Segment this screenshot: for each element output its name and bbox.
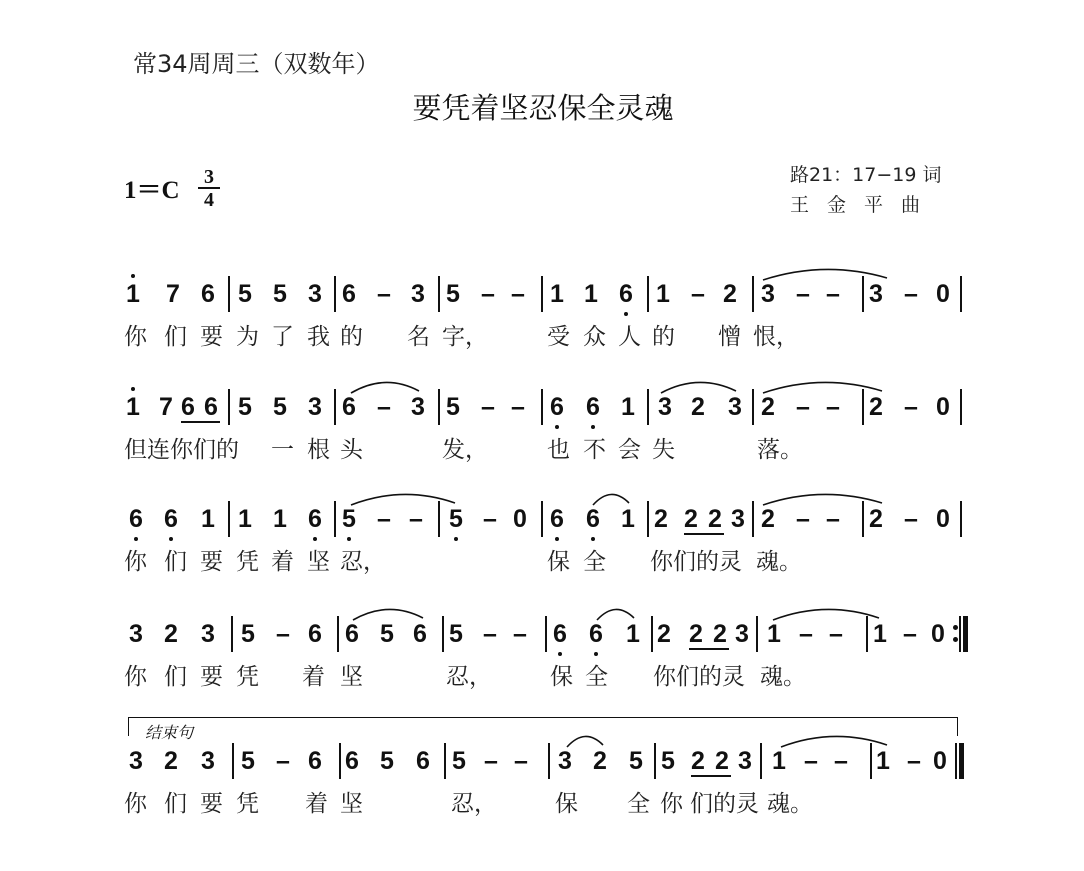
lyric: 也 [547,431,570,464]
barline [339,743,341,779]
note: 6 [547,505,567,534]
note: – [823,280,843,309]
note: 6 [342,747,362,776]
note: 2 [651,505,671,534]
note: 1 [873,747,893,776]
lyric: 保 [555,785,578,818]
note: 3 [866,280,886,309]
note: 6 [339,280,359,309]
score-row: 3235–66565––32552231––1–0你们要凭着坚忍，保全你们的灵魂… [0,747,1084,837]
note: 5 [443,280,463,309]
note: – [480,505,500,534]
lyric: 不 [583,431,606,464]
barline [752,501,754,537]
lyric: 着 [271,543,294,576]
lyric: 恨， [753,318,799,351]
note: – [901,393,921,422]
lyric: 们 [164,318,187,351]
lyric: 忍， [451,785,497,818]
octave-down-dot [347,537,351,541]
note: 2 [866,393,886,422]
barline [438,276,440,312]
barline [647,389,649,425]
barline [651,616,653,652]
note: 6 [339,393,359,422]
octave-down-dot [555,425,559,429]
note: 0 [933,505,953,534]
note: 6 [616,280,636,309]
note: – [478,393,498,422]
note: 3 [198,620,218,649]
note: – [478,280,498,309]
lyric: 魂。 [756,543,802,576]
octave-down-dot [591,537,595,541]
lyric: 了 [271,318,294,351]
note: 3 [126,747,146,776]
note: 3 [655,393,675,422]
note: 7 [156,393,176,422]
slur [762,491,883,507]
note: – [796,620,816,649]
lyric: 失 [652,431,675,464]
note: 1 [270,505,290,534]
lyric: 要 [200,318,223,351]
final-barline-thick [959,743,964,779]
final-barline-thin [955,743,957,779]
lyric: 要 [200,543,223,576]
lyric: 的 [340,318,363,351]
barline [548,743,550,779]
barline [647,501,649,537]
note: 3 [198,747,218,776]
note: 6 [550,620,570,649]
octave-down-dot [134,537,138,541]
note: 2 [710,620,730,649]
note: – [374,393,394,422]
note: 1 [123,280,143,309]
barline [960,276,962,312]
note: – [374,280,394,309]
barline [337,616,339,652]
barline [752,389,754,425]
score-row: 3235–66565––66122231––1–0你们要凭着坚忍，保全你们的灵魂… [0,620,1084,710]
barline [231,616,233,652]
barline [228,276,230,312]
note: 1 [618,505,638,534]
note: – [793,393,813,422]
note: 3 [735,747,755,776]
repeat-barline-thin [959,616,961,652]
note: 3 [555,747,575,776]
barline [541,501,543,537]
note: – [511,747,531,776]
lyric: 你 [124,318,147,351]
key-signature: 1＝C [124,170,180,206]
note: 3 [305,393,325,422]
note: 0 [933,280,953,309]
note: 6 [583,505,603,534]
note: – [831,747,851,776]
note: 6 [161,505,181,534]
repeat-dots [953,623,958,643]
note: 1 [764,620,784,649]
barline [541,276,543,312]
octave-down-dot [624,312,628,316]
note: 3 [126,620,146,649]
note: 1 [623,620,643,649]
note: 2 [686,620,706,649]
lyric: 魂。 [760,658,806,691]
lyric: 的 [652,318,675,351]
slur [350,379,420,395]
note: 0 [933,393,953,422]
note: – [406,505,426,534]
note: 6 [413,747,433,776]
note: 6 [126,505,146,534]
note: – [273,620,293,649]
lyric: 落。 [757,431,803,464]
lyric: 着 [305,785,328,818]
lyric: 头 [340,431,363,464]
lyric: 全 [583,543,606,576]
note: 6 [305,620,325,649]
note: 6 [547,393,567,422]
time-numerator: 3 [198,168,220,186]
note: 5 [449,747,469,776]
note: 1 [618,393,638,422]
note: 1 [581,280,601,309]
lyric: 坚 [340,785,363,818]
note: 5 [339,505,359,534]
lyric: 你们的灵 [650,543,742,576]
note: 5 [658,747,678,776]
lyric: 全 [627,785,650,818]
note: 6 [583,393,603,422]
lyric: 凭 [236,785,259,818]
octave-down-dot [594,652,598,656]
note: 5 [235,280,255,309]
note: 1 [198,505,218,534]
note: 2 [688,393,708,422]
barline [647,276,649,312]
note: – [793,505,813,534]
note: 1 [769,747,789,776]
note: – [823,393,843,422]
lyric: 忍， [340,543,386,576]
note: 2 [681,505,701,534]
lyric: 保 [547,543,570,576]
lyric: 坚 [307,543,330,576]
lyric: 凭 [236,658,259,691]
note: – [480,620,500,649]
lyric: 你 [124,785,147,818]
score-row: 6611165––5–066122232––2–0你们要凭着坚忍，保全你们的灵魂… [0,505,1084,595]
note: – [793,280,813,309]
note: 2 [161,747,181,776]
barline [334,501,336,537]
note: 5 [446,620,466,649]
note: 5 [238,747,258,776]
slur [350,491,456,507]
lyric: 字， [442,318,488,351]
slur [772,606,880,622]
time-signature: 3 4 [198,168,220,209]
barline [654,743,656,779]
lyric: 们的灵 [690,785,759,818]
octave-down-dot [313,537,317,541]
note: 6 [201,393,221,422]
octave-up-dot [131,387,135,391]
note: – [508,280,528,309]
note: 1 [870,620,890,649]
octave-down-dot [555,537,559,541]
barline [760,743,762,779]
ending-label: 结束句 [145,720,193,743]
lyric: 憎 [718,318,741,351]
score-row: 17665536–35––6613232––2–0但连你们的一根头发，也不会失落… [0,393,1084,483]
note: 5 [626,747,646,776]
page-title: 要凭着坚忍保全灵魂 [0,86,1084,127]
barline [756,616,758,652]
lyric: 们 [164,785,187,818]
note: – [826,620,846,649]
lyric: 一 [271,431,294,464]
octave-down-dot [558,652,562,656]
note: – [481,747,501,776]
note: – [823,505,843,534]
lyric: 保 [550,658,573,691]
lyric: 们 [164,658,187,691]
lyric: 着 [302,658,325,691]
time-denominator: 4 [198,191,220,209]
note: 5 [446,505,466,534]
lyric: 忍， [446,658,492,691]
note: 0 [930,747,950,776]
note: 6 [586,620,606,649]
note: 1 [547,280,567,309]
lyric: 魂。 [767,785,813,818]
note: 2 [758,393,778,422]
lyric: 但连你们的 [124,431,239,464]
eighth-underline [691,775,731,777]
barline [232,743,234,779]
note: 6 [410,620,430,649]
lyric: 受 [547,318,570,351]
lyric: 我 [307,318,330,351]
barline [960,501,962,537]
lyric: 你 [660,785,683,818]
note: – [900,620,920,649]
note: 2 [654,620,674,649]
lyric: 会 [618,431,641,464]
note: 5 [238,620,258,649]
octave-down-dot [454,537,458,541]
note: 6 [305,747,325,776]
note: – [688,280,708,309]
lyric: 要 [200,658,223,691]
lyric: 你 [124,658,147,691]
note: 2 [866,505,886,534]
note: 0 [510,505,530,534]
octave-up-dot [131,274,135,278]
eighth-underline [684,533,724,535]
note: – [374,505,394,534]
note: 5 [235,393,255,422]
note: 2 [758,505,778,534]
lyric: 们 [164,543,187,576]
note: 5 [270,280,290,309]
barline [752,276,754,312]
note: 6 [178,393,198,422]
slur [660,379,737,395]
barline [438,389,440,425]
slur [762,379,883,395]
note: – [508,393,528,422]
lyric: 凭 [236,543,259,576]
slur [592,491,630,507]
note: 3 [408,280,428,309]
slur [780,733,888,749]
barline [442,616,444,652]
note: 2 [720,280,740,309]
note: 6 [198,280,218,309]
note: – [904,747,924,776]
lyric: 发， [442,431,488,464]
note: 1 [235,505,255,534]
octave-down-dot [169,537,173,541]
note: 5 [443,393,463,422]
barline [541,389,543,425]
lyric: 人 [618,318,641,351]
lyric: 根 [307,431,330,464]
note: 2 [688,747,708,776]
barline [545,616,547,652]
note: 5 [377,747,397,776]
barline [334,389,336,425]
note: 0 [928,620,948,649]
lyricist: 路21：17−19 词 [790,160,942,190]
credits: 路21：17−19 词 王金平曲 [790,160,942,220]
repeat-barline-thick [963,616,968,652]
note: 5 [270,393,290,422]
note: 3 [305,280,325,309]
note: 2 [712,747,732,776]
lyric: 为 [236,318,259,351]
eighth-underline [689,648,729,650]
subtitle: 常34周周三（双数年） [133,44,380,79]
lyric: 全 [585,658,608,691]
note: 3 [732,620,752,649]
note: 6 [342,620,362,649]
slur [762,266,888,282]
note: 2 [161,620,181,649]
composer: 王金平曲 [790,190,942,220]
note: 3 [725,393,745,422]
note: – [901,280,921,309]
note: 5 [377,620,397,649]
slur [352,606,424,622]
octave-down-dot [591,425,595,429]
slur [566,733,604,749]
title-text: 要凭着坚忍保全灵魂 [412,91,673,125]
note: – [510,620,530,649]
note: – [801,747,821,776]
note: – [901,505,921,534]
note: 3 [408,393,428,422]
note: 2 [590,747,610,776]
lyric: 你 [124,543,147,576]
barline [334,276,336,312]
note: 7 [163,280,183,309]
note: 2 [705,505,725,534]
barline [228,389,230,425]
note: – [273,747,293,776]
barline [960,389,962,425]
lyric: 名 [407,318,430,351]
note: 6 [305,505,325,534]
barline [444,743,446,779]
lyric: 要 [200,785,223,818]
note: 3 [728,505,748,534]
note: 3 [758,280,778,309]
eighth-underline [181,421,220,423]
note: 1 [653,280,673,309]
lyric: 坚 [340,658,363,691]
lyric: 你们的灵 [653,658,745,691]
lyric: 众 [583,318,606,351]
barline [228,501,230,537]
note: 1 [123,393,143,422]
slur [596,606,635,622]
score-row: 1765536–35––1161–23––3–0你们要为了我的名字，受众人的憎恨… [0,280,1084,370]
